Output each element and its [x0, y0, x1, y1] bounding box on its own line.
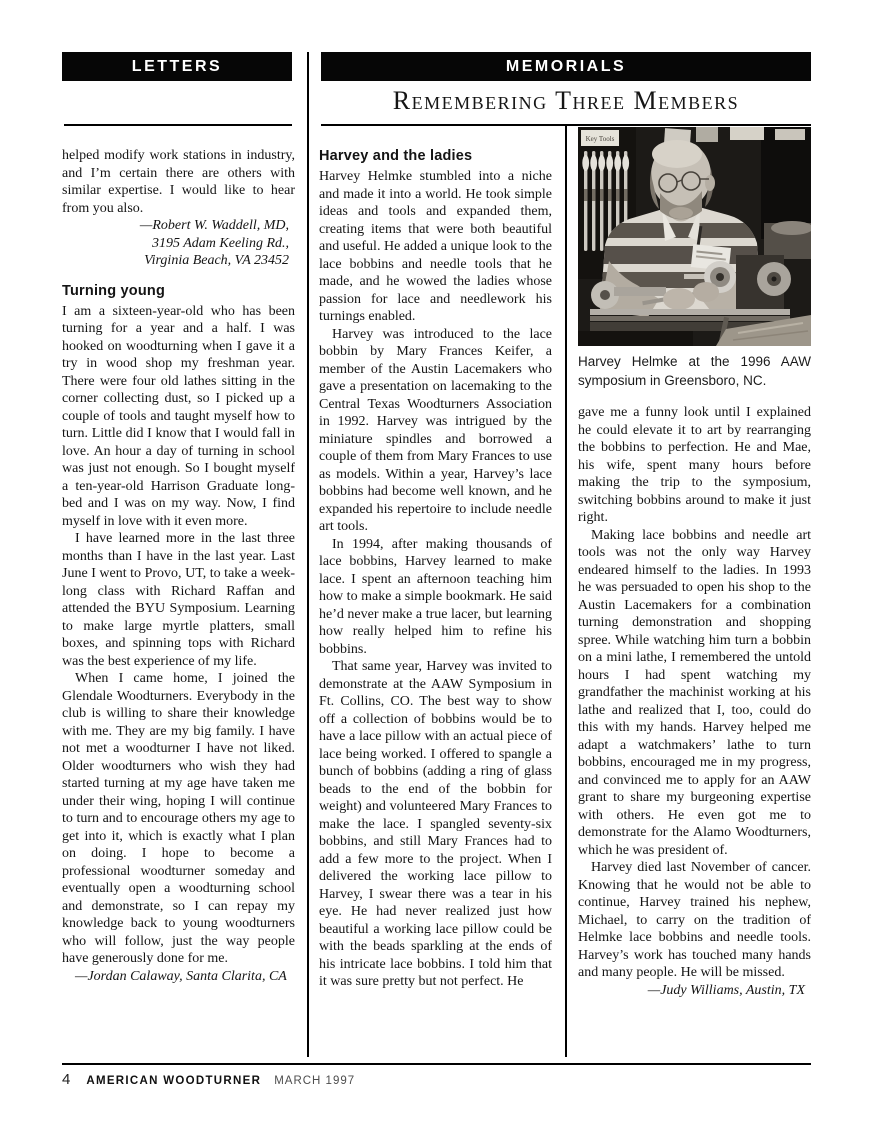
memorial-paragraph: Harvey was introduced to the lace bobbin… [319, 326, 552, 536]
memorial-paragraph: Making lace bobbins and needle art tools… [578, 527, 811, 860]
letter-signature: —Robert W. Waddell, MD, 3195 Adam Keelin… [62, 217, 295, 270]
horizontal-rule [321, 124, 811, 126]
column-divider [307, 52, 309, 1057]
background-shelf [764, 221, 811, 259]
ear [705, 175, 715, 191]
issue-date: MARCH 1997 [274, 1075, 355, 1087]
signature-line: 3195 Adam Keeling Rd., [62, 235, 289, 253]
signature-line: Virginia Beach, VA 23452 [62, 252, 289, 270]
letter-paragraph: I am a sixteen-year-old who has been tur… [62, 303, 295, 531]
page-number: 4 [62, 1071, 70, 1088]
page-footer: 4AMERICAN WOODTURNERMARCH 1997 [62, 1071, 811, 1089]
letter-heading: Turning young [62, 282, 295, 300]
memorials-title: Remembering Three Members [321, 86, 811, 116]
column-divider [565, 124, 567, 1057]
signature-line: —Robert W. Waddell, MD, [62, 217, 289, 235]
key-tools-sign: Key Tools [586, 135, 615, 143]
photo-caption: Harvey Helmke at the 1996 AAW symposium … [578, 353, 811, 390]
letter-signature: —Jordan Calaway, Santa Clarita, CA [62, 968, 295, 986]
letter-paragraph: I have learned more in the last three mo… [62, 530, 295, 670]
letter-paragraph: helped modify work stations in industry,… [62, 147, 295, 217]
memorial-signature: —Judy Williams, Austin, TX [578, 982, 811, 1000]
horizontal-rule [64, 124, 292, 126]
memorial-paragraph: gave me a funny look until I explained h… [578, 404, 811, 527]
memorial-paragraph: Harvey died last November of cancer. Kno… [578, 859, 811, 982]
magazine-page: LETTERS MEMORIALS Remembering Three Memb… [0, 0, 876, 1133]
memorial-paragraph: That same year, Harvey was invited to de… [319, 658, 552, 991]
letters-column: helped modify work stations in industry,… [62, 147, 295, 1059]
magazine-title: AMERICAN WOODTURNER [86, 1075, 261, 1087]
memorial-heading: Harvey and the ladies [319, 147, 552, 165]
memorial-paragraph: Harvey Helmke stumbled into a niche and … [319, 168, 552, 326]
memorial-photo: Key Tools [578, 127, 811, 346]
lathe-portrait-illustration: Key Tools [578, 127, 811, 346]
footer-rule [62, 1063, 811, 1065]
letters-section-bar: LETTERS [62, 52, 292, 81]
memorials-section-bar: MEMORIALS [321, 52, 811, 81]
letter-paragraph: When I came home, I joined the Glendale … [62, 670, 295, 968]
caption-line: symposium in Greensboro, NC. [578, 372, 811, 391]
caption-line: Harvey Helmke at the 1996 AAW [578, 353, 811, 372]
memorial-paragraph: In 1994, after making thousands of lace … [319, 536, 552, 659]
signature-line: —Judy Williams, Austin, TX [578, 982, 805, 1000]
memorial-column-continued: gave me a funny look until I explained h… [578, 404, 811, 1056]
memorial-column: Harvey and the ladies Harvey Helmke stum… [319, 147, 552, 1059]
